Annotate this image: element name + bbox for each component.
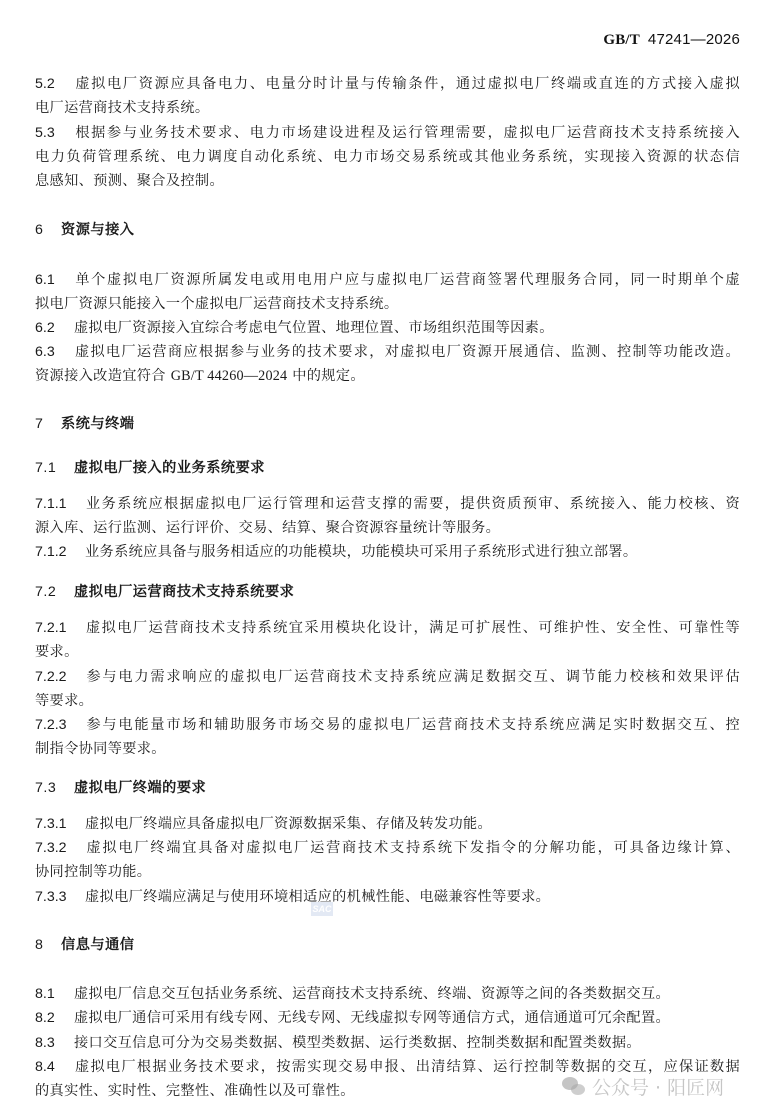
clause-5-3-line-1: 5.3根据参与业务技术要求、电力市场建设进程及运行管理需要，虚拟电厂运营商技术支… (35, 123, 740, 143)
clause-5-3-line-2: 电力负荷管理系统、电力调度自动化系统、电力市场交易系统或其他业务系统，实现接入资… (35, 147, 740, 167)
clause-number: 8.3 (35, 1033, 74, 1053)
clause-number: 6.1 (35, 270, 74, 290)
section-title: 虚拟电厂接入的业务系统要求 (74, 460, 265, 476)
clause-7-1-1-line-2: 源入库、运行监测、运行评价、交易、结算、聚合资源容量统计等服务。 (35, 518, 740, 538)
clause-6-2-line-1: 6.2虚拟电厂资源接入宜综合考虑电气位置、地理位置、市场组织范围等因素。 (35, 318, 740, 338)
clause-5-2-line-2: 电厂运营商技术支持系统。 (35, 98, 740, 118)
chapter-8-heading: 8信息与通信 (35, 935, 134, 955)
clause-7-1-1-line-1: 7.1.1业务系统应根据虚拟电厂运行管理和运营支撑的需要，提供资质预审、系统接入… (35, 494, 740, 514)
clause-number: 5.2 (35, 74, 74, 94)
clause-text: 单个虚拟电厂资源所属发电或用电用户应与虚拟电厂运营商签署代理服务合同，同一时期单… (74, 272, 740, 288)
clause-text: 资源接入改造宜符合 (35, 368, 171, 384)
clause-text: 虚拟电厂运营商应根据参与业务的技术要求，对虚拟电厂资源开展通信、监测、控制等功能… (74, 344, 740, 360)
clause-5-2-line-1: 5.2虚拟电厂资源应具备电力、电量分时计量与传输条件，通过虚拟电厂终端或直连的方… (35, 74, 740, 94)
chapter-number: 6 (35, 220, 61, 240)
clause-7-2-1-line-2: 要求。 (35, 642, 740, 662)
clause-text: 参与电力需求响应的虚拟电厂运营商技术支持系统应满足数据交互、调节能力校核和效果评… (85, 669, 740, 685)
clause-number: 8.4 (35, 1057, 74, 1077)
clause-text: 虚拟电厂终端宜具备对虚拟电厂运营商技术支持系统下发指令的分解功能，可具备边缘计算… (85, 840, 740, 856)
clause-number: 7.2.1 (35, 618, 85, 638)
clause-6-1-line-1: 6.1单个虚拟电厂资源所属发电或用电用户应与虚拟电厂运营商签署代理服务合同，同一… (35, 270, 740, 290)
section-title: 虚拟电厂运营商技术支持系统要求 (74, 584, 294, 600)
clause-8-3-line-1: 8.3接口交互信息可分为交易类数据、模型类数据、运行类数据、控制类数据和配置类数… (35, 1033, 740, 1053)
clause-text: 中的规定。 (287, 368, 365, 384)
clause-number: 7.3.3 (35, 887, 85, 907)
clause-number: 7.3.2 (35, 838, 85, 858)
clause-text: 业务系统应具备与服务相适应的功能模块，功能模块可采用子系统形式进行独立部署。 (85, 544, 637, 560)
section-7-3-heading: 7.3虚拟电厂终端的要求 (35, 778, 206, 798)
clause-number: 7.2.2 (35, 667, 85, 687)
clause-text: 业务系统应根据虚拟电厂运行管理和运营支撑的需要，提供资质预审、系统接入、能力校核… (85, 496, 740, 512)
section-title: 虚拟电厂终端的要求 (74, 780, 206, 796)
clause-number: 6.2 (35, 318, 74, 338)
clause-number: 6.3 (35, 342, 74, 362)
clause-number: 7.1.1 (35, 494, 85, 514)
clause-7-2-3-line-2: 制指令协同等要求。 (35, 739, 740, 759)
chapter-number: 7 (35, 414, 61, 434)
clause-7-3-2-line-1: 7.3.2虚拟电厂终端宜具备对虚拟电厂运营商技术支持系统下发指令的分解功能，可具… (35, 838, 740, 858)
clause-text: 参与电能量市场和辅助服务市场交易的虚拟电厂运营商技术支持系统应满足实时数据交互、… (85, 717, 740, 733)
clause-7-3-2-line-2: 协同控制等功能。 (35, 862, 740, 882)
clause-number: 8.1 (35, 984, 74, 1004)
clause-text: 根据参与业务技术要求、电力市场建设进程及运行管理需要，虚拟电厂运营商技术支持系统… (74, 125, 740, 141)
clause-text: 虚拟电厂终端应具备虚拟电厂资源数据采集、存储及转发功能。 (85, 816, 492, 832)
chapter-title: 信息与通信 (61, 937, 134, 953)
section-number: 7.2 (35, 582, 74, 602)
chapter-6-heading: 6资源与接入 (35, 220, 134, 240)
standard-prefix: GB/T (603, 32, 640, 48)
chapter-number: 8 (35, 935, 61, 955)
chapter-title: 系统与终端 (61, 416, 134, 432)
section-7-2-heading: 7.2虚拟电厂运营商技术支持系统要求 (35, 582, 294, 602)
clause-text: 虚拟电厂资源接入宜综合考虑电气位置、地理位置、市场组织范围等因素。 (74, 320, 554, 336)
clause-7-3-3-line-1: 7.3.3虚拟电厂终端应满足与使用环境相适应的机械性能、电磁兼容性等要求。 (35, 887, 740, 907)
clause-text: 接口交互信息可分为交易类数据、模型类数据、运行类数据、控制类数据和配置类数据。 (74, 1035, 641, 1051)
clause-7-2-2-line-1: 7.2.2参与电力需求响应的虚拟电厂运营商技术支持系统应满足数据交互、调节能力校… (35, 667, 740, 687)
section-7-1-heading: 7.1虚拟电厂接入的业务系统要求 (35, 458, 265, 478)
clause-number: 8.2 (35, 1008, 74, 1028)
clause-6-1-line-2: 拟电厂资源只能接入一个虚拟电厂运营商技术支持系统。 (35, 294, 740, 314)
clause-number: 5.3 (35, 123, 74, 143)
chapter-7-heading: 7系统与终端 (35, 414, 134, 434)
standard-number: 47241—2026 (648, 31, 740, 48)
wechat-account-label: 公众号 · 阳匠网 (592, 1073, 724, 1100)
chapter-title: 资源与接入 (61, 222, 134, 238)
section-number: 7.3 (35, 778, 74, 798)
standard-number-header: GB/T 47241—2026 (603, 31, 740, 49)
clause-6-3-line-2: 资源接入改造宜符合 GB/T 44260—2024 中的规定。 (35, 366, 740, 386)
clause-8-2-line-1: 8.2虚拟电厂通信可采用有线专网、无线专网、无线虚拟专网等通信方式，通信通道可冗… (35, 1008, 740, 1028)
clause-text: 虚拟电厂信息交互包括业务系统、运营商技术支持系统、终端、资源等之间的各类数据交互… (74, 986, 670, 1002)
sac-logo-watermark: SAC (311, 902, 333, 916)
clause-6-3-line-1: 6.3虚拟电厂运营商应根据参与业务的技术要求，对虚拟电厂资源开展通信、监测、控制… (35, 342, 740, 362)
clause-number: 7.3.1 (35, 814, 85, 834)
clause-number: 7.1.2 (35, 542, 85, 562)
clause-7-2-2-line-2: 等要求。 (35, 691, 740, 711)
clause-text: 虚拟电厂运营商技术支持系统宜采用模块化设计，满足可扩展性、可维护性、安全性、可靠… (85, 620, 740, 636)
clause-7-1-2-line-1: 7.1.2业务系统应具备与服务相适应的功能模块，功能模块可采用子系统形式进行独立… (35, 542, 740, 562)
clause-7-2-1-line-1: 7.2.1虚拟电厂运营商技术支持系统宜采用模块化设计，满足可扩展性、可维护性、安… (35, 618, 740, 638)
wechat-watermark: 公众号 · 阳匠网 (562, 1073, 724, 1100)
clause-number: 7.2.3 (35, 715, 85, 735)
wechat-icon (562, 1077, 586, 1097)
clause-text: 虚拟电厂通信可采用有线专网、无线专网、无线虚拟专网等通信方式，通信通道可冗余配置… (74, 1010, 670, 1026)
standard-reference: GB/T 44260—2024 (171, 368, 288, 384)
clause-7-3-1-line-1: 7.3.1虚拟电厂终端应具备虚拟电厂资源数据采集、存储及转发功能。 (35, 814, 740, 834)
clause-8-1-line-1: 8.1虚拟电厂信息交互包括业务系统、运营商技术支持系统、终端、资源等之间的各类数… (35, 984, 740, 1004)
clause-5-3-line-3: 息感知、预测、聚合及控制。 (35, 171, 740, 191)
section-number: 7.1 (35, 458, 74, 478)
clause-7-2-3-line-1: 7.2.3参与电能量市场和辅助服务市场交易的虚拟电厂运营商技术支持系统应满足实时… (35, 715, 740, 735)
clause-text: 虚拟电厂资源应具备电力、电量分时计量与传输条件，通过虚拟电厂终端或直连的方式接入… (74, 76, 740, 92)
